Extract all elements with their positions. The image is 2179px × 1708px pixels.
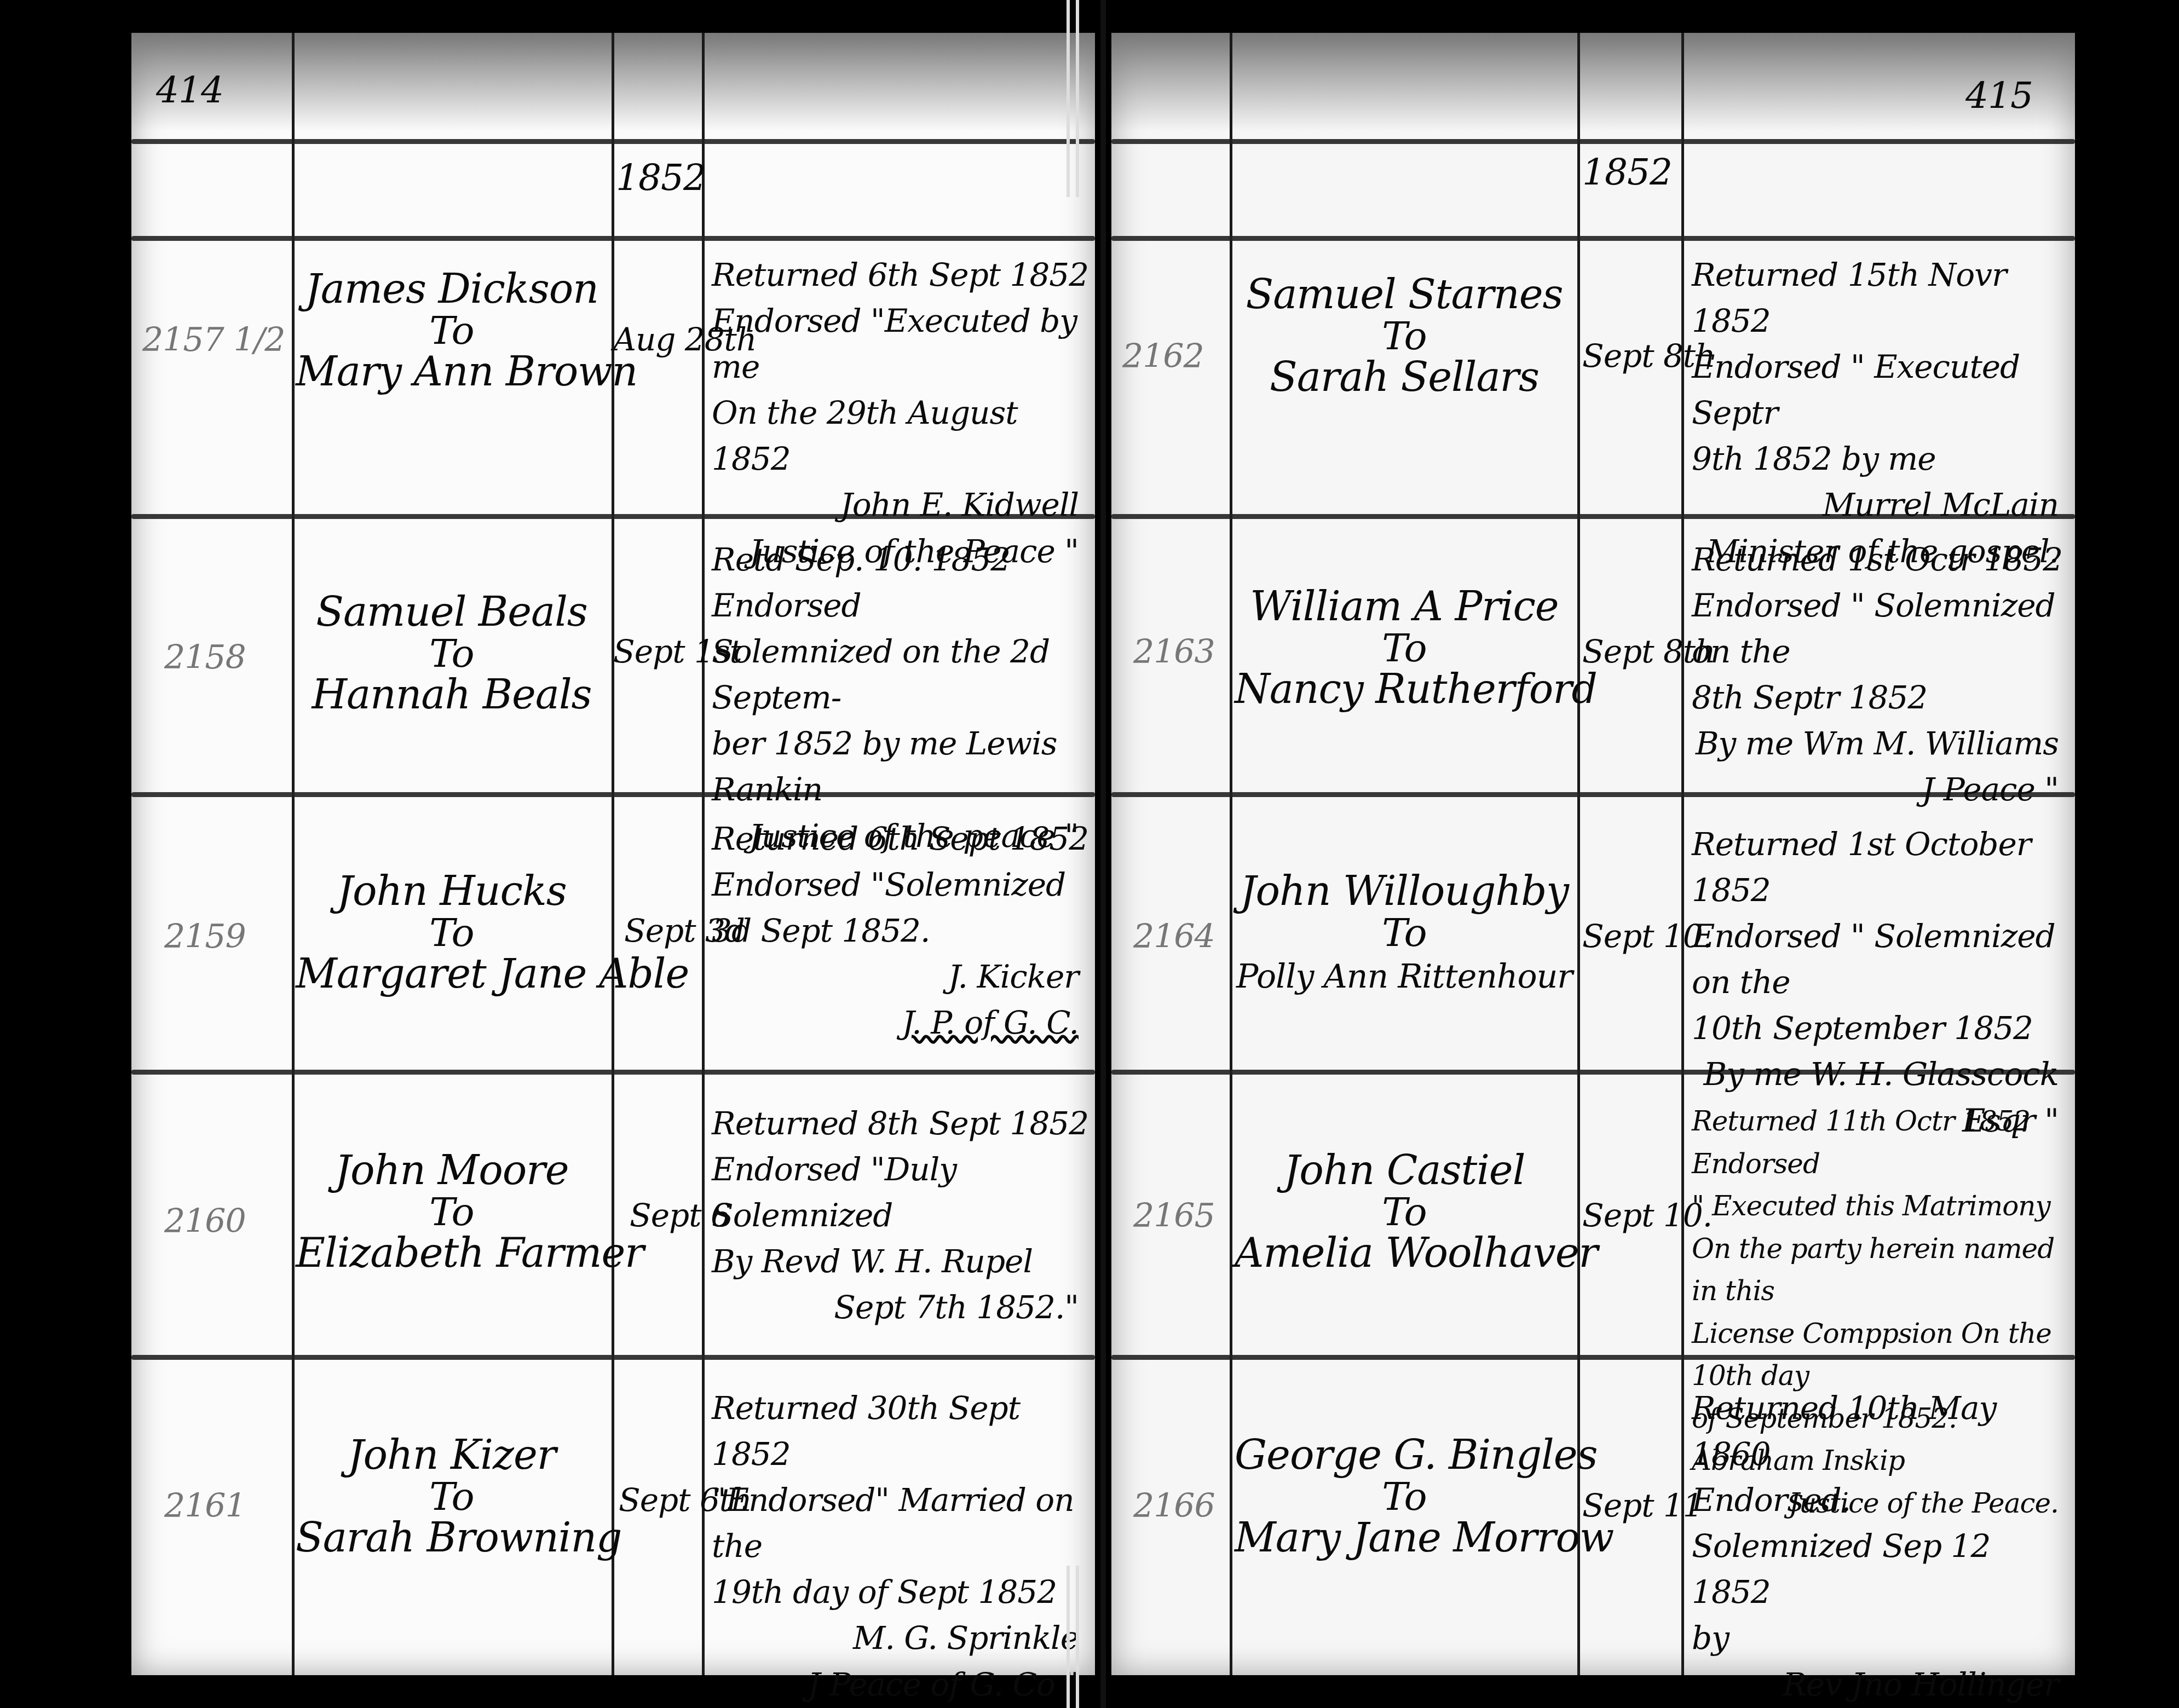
bride-name: Hannah Beals [312,671,591,718]
return-line: On the party herein named in this [1692,1228,2070,1313]
groom-name: James Dickson [305,266,598,313]
officiant-date: Sept 7th 1852." [712,1284,1089,1330]
return-line: 8th Septr 1852 [1692,674,2070,720]
return-endorsement: Retd Sep. 10. 1852 Endorsed Solemnized o… [712,536,1089,859]
groom-name: John Hucks [337,868,567,915]
groom-name: John Kizer [348,1432,556,1479]
return-line: 3d Sept 1852. [712,908,1089,954]
license-number: 2163 [1133,635,1215,670]
return-line: Solemnized on the 2d Septem- [712,628,1089,720]
license-number: 2161 [164,1489,246,1524]
couple-names: John Castiel To Amelia Woolhaver [1235,1150,1574,1275]
binding-thread [1067,1566,1070,1708]
header-rule [1111,139,2075,144]
couple-names: John Willoughby To Polly Ann Rittenhour [1235,870,1574,996]
row-rule [131,1355,1095,1360]
row-rule [131,1070,1095,1075]
return-endorsement: Returned 30th Sept 1852 "Endorsed" Marri… [712,1385,1089,1707]
officiant-title: J Peace of G. Co " [712,1661,1089,1707]
return-line: Solemnized Sep 12 1852 [1692,1523,2070,1615]
license-number: 2159 [164,920,246,954]
to-label: To [1235,1477,1574,1517]
book-gutter [1100,0,1106,1708]
groom-name: Samuel Beals [316,588,587,636]
return-line: Endorsed. [1692,1477,2070,1523]
couple-names: Samuel Beals To Hannah Beals [296,591,608,717]
officiant-signature: By me W. H. Glasscock [1692,1051,2070,1097]
page-number: 415 [1965,77,2033,114]
header-rule [131,139,1095,144]
column-rule-return [1681,33,1684,1675]
return-line: 19th day of Sept 1852 [712,1569,1089,1615]
return-endorsement: Returned 10th May 1860 Endorsed. Solemni… [1692,1385,2070,1707]
license-number: 2164 [1133,920,1215,954]
column-rule-return [702,33,705,1675]
groom-name: William A Price [1250,583,1558,630]
to-label: To [296,1192,608,1233]
page-shadow [1111,33,2075,131]
bride-name: Polly Ann Rittenhour [1236,957,1572,996]
to-label: To [1235,316,1574,357]
return-line: On the 29th August 1852 [712,390,1089,482]
bride-name: Sarah Browning [296,1514,622,1561]
to-label: To [296,634,608,674]
return-endorsement: Returned 15th Novr 1852 Endorsed " Execu… [1692,252,2070,574]
left-page: 414 1852 2157 1/2 James Dickson To Mary … [131,33,1095,1675]
officiant-title: J. P. of G. C. [712,1000,1089,1046]
binding-thread [1076,0,1079,197]
license-number: 2160 [164,1204,246,1239]
return-line: Returned 10th May 1860 [1692,1385,2070,1477]
officiant-signature: By me Wm M. Williams [1692,720,2070,766]
row-rule [1111,236,2075,241]
return-line: Returned 1st October 1852 [1692,821,2070,913]
return-line: Endorsed " Solemnized on the [1692,582,2070,674]
couple-names: William A Price To Nancy Rutherford [1235,586,1574,711]
return-endorsement: Returned 6th Sept 1852 Endorsed "Solemni… [712,816,1089,1046]
return-line: Returned 6th Sept 1852 [712,252,1089,298]
year-header: 1852 [1582,153,1672,191]
couple-names: John Moore To Elizabeth Farmer [296,1150,608,1275]
officiant-signature: Rev Jno Hollinger [1692,1661,2070,1707]
return-line: by [1692,1615,2070,1661]
to-label: To [1235,913,1574,954]
return-line: Returned 8th Sept 1852 [712,1100,1089,1146]
return-line: Endorsed " Executed Septr [1692,344,2070,436]
to-label: To [296,311,608,351]
license-number: 2162 [1122,339,1204,374]
return-line: Returned 30th Sept 1852 [712,1385,1089,1477]
groom-name: John Moore [335,1147,568,1194]
return-endorsement: Returned 1st October 1852 Endorsed " Sol… [1692,821,2070,1144]
row-rule [131,236,1095,241]
column-rule-names [292,33,295,1675]
bride-name: Nancy Rutherford [1235,666,1597,713]
couple-names: George G. Bingles To Mary Jane Morrow [1235,1434,1574,1560]
return-line: Returned 1st Octr 1852 [1692,536,2070,582]
return-line: Returned 15th Novr 1852 [1692,252,2070,344]
groom-name: Samuel Starnes [1246,271,1563,318]
bride-name: Mary Jane Morrow [1235,1514,1613,1561]
bride-name: Elizabeth Farmer [296,1230,644,1277]
return-line: ber 1852 by me Lewis Rankin [712,720,1089,812]
bride-name: Margaret Jane Able [296,950,689,997]
return-line: Returned 11th Octr 1852 Endorsed [1692,1100,2070,1185]
couple-names: John Hucks To Margaret Jane Able [296,870,608,996]
return-line: Returned 6th Sept 1852 [712,816,1089,862]
column-rule-date [1577,33,1580,1675]
to-label: To [1235,628,1574,669]
return-line: 9th 1852 by me [1692,436,2070,482]
return-endorsement: Returned 1st Octr 1852 Endorsed " Solemn… [1692,536,2070,813]
to-label: To [296,1477,608,1517]
license-number: 2158 [164,641,246,675]
return-line: Endorsed "Solemnized [712,862,1089,908]
groom-name: John Castiel [1284,1147,1525,1194]
column-rule-names [1230,33,1232,1675]
return-endorsement: Returned 8th Sept 1852 Endorsed "Duly So… [712,1100,1089,1330]
binding-thread [1067,0,1070,197]
groom-name: John Willoughby [1240,868,1569,915]
return-line: Endorsed "Duly Solemnized [712,1146,1089,1238]
return-line: Endorsed "Executed by me [712,298,1089,390]
page-number: 414 [156,71,223,109]
license-number: 2165 [1133,1199,1215,1233]
officiant-signature: Murrel McLain [1692,482,2070,528]
to-label: To [1235,1192,1574,1233]
return-endorsement: Returned 6th Sept 1852 Endorsed "Execute… [712,252,1089,574]
return-line: Retd Sep. 10. 1852 Endorsed [712,536,1089,628]
officiant-title: J Peace " [1692,766,2070,812]
couple-names: James Dickson To Mary Ann Brown [296,268,608,394]
license-date: Sept 11 [1582,1489,1703,1522]
bride-name: Amelia Woolhaver [1235,1230,1598,1277]
return-line: Endorsed " Solemnized on the [1692,913,2070,1005]
officiant-signature: John E. Kidwell [712,482,1089,528]
bride-name: Sarah Sellars [1270,354,1539,401]
binding-thread [1076,1566,1079,1708]
return-line: 10th September 1852 [1692,1005,2070,1051]
couple-names: Samuel Starnes To Sarah Sellars [1235,274,1574,399]
year-header: 1852 [616,159,706,197]
to-label: To [296,913,608,954]
officiant-signature: J. Kicker [712,954,1089,1000]
column-rule-date [612,33,614,1675]
return-line: " Executed this Matrimony [1692,1185,2070,1228]
return-line: By Revd W. H. Rupel [712,1238,1089,1284]
right-page: 415 1852 2162 Samuel Starnes To Sarah Se… [1111,33,2075,1675]
groom-name: George G. Bingles [1235,1432,1598,1479]
officiant-signature: M. G. Sprinkle [712,1615,1089,1661]
bride-name: Mary Ann Brown [296,348,637,395]
license-number: 2157 1/2 [142,323,285,357]
return-line: "Endorsed" Married on the [712,1477,1089,1569]
license-number: 2166 [1133,1489,1215,1524]
couple-names: John Kizer To Sarah Browning [296,1434,608,1560]
